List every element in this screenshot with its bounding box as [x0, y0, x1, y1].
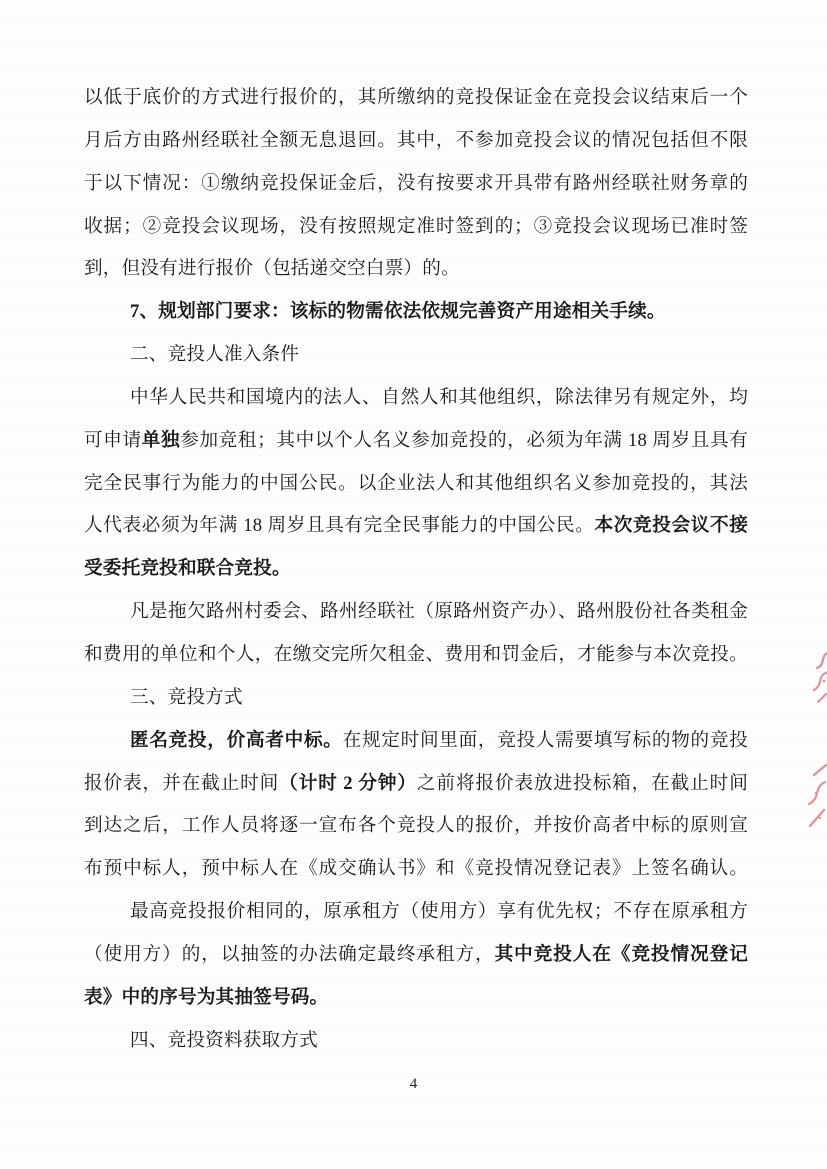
text-run: 到达之后，工作人员将逐一宣布各个竞投人的报价，并按价高者中标的原则宣: [84, 815, 748, 836]
text-run-bold: 单独: [142, 430, 180, 451]
text-run: 完全民事行为能力的中国公民。以企业法人和其他组织名义参加竞投的，其法: [84, 473, 748, 494]
text-run-bold: 表》中的序号为其抽签号码。: [84, 987, 328, 1008]
text-run-bold: 其中竞投人在《竞投情况登记: [495, 944, 748, 965]
body-line: 到达之后，工作人员将逐一宣布各个竞投人的报价，并按价高者中标的原则宣: [84, 805, 748, 848]
red-stamp-fragment-upper: [806, 650, 827, 708]
body-line: 凡是拖欠路州村委会、路州经联社（原路州资产办）、路州股份社各类租金: [84, 591, 748, 634]
text-run: 三、竞投方式: [130, 687, 243, 708]
text-run: （使用方）的，以抽签的办法确定最终承租方，: [84, 944, 495, 965]
text-run: 凡是拖欠路州村委会、路州经联社（原路州资产办）、路州股份社各类租金: [130, 601, 748, 622]
page-number: 4: [0, 1074, 827, 1094]
body-line: 表》中的序号为其抽签号码。: [84, 977, 748, 1020]
text-run: 到，但没有进行报价（包括递交空白票）的。: [84, 258, 460, 279]
section-2-heading: 二、竞投人准入条件: [84, 334, 748, 377]
body-line: 可申请单独参加竞租；其中以个人名义参加竞投的，必须为年满 18 周岁且具有: [84, 420, 748, 463]
body-line: 报价表，并在截止时间（计时 2 分钟）之前将报价表放进投标箱，在截止时间: [84, 763, 748, 806]
text-run: 布预中标人，预中标人在《成交确认书》和《竞投情况登记表》上签名确认。: [84, 858, 748, 879]
text-run-bold: 匿名竞投，价高者中标。: [130, 730, 343, 751]
text-run: 中华人民共和国境内的法人、自然人和其他组织，除法律另有规定外，均: [130, 387, 748, 408]
body-line: 布预中标人，预中标人在《成交确认书》和《竞投情况登记表》上签名确认。: [84, 848, 748, 891]
document-body: 以低于底价的方式进行报价的，其所缴纳的竞投保证金在竞投会议结束后一个 月后方由路…: [84, 77, 748, 1062]
section-4-heading: 四、竞投资料获取方式: [84, 1020, 748, 1063]
body-line: 人代表必须为年满 18 周岁且具有完全民事能力的中国公民。本次竞投会议不接: [84, 505, 748, 548]
text-run: 在规定时间里面，竞投人需要填写标的物的竞投: [343, 730, 748, 751]
body-line: 受委托竞投和联合竞投。: [84, 548, 748, 591]
body-line: 完全民事行为能力的中国公民。以企业法人和其他组织名义参加竞投的，其法: [84, 463, 748, 506]
text-run: 月后方由路州经联社全额无息退回。其中，不参加竞投会议的情况包括但不限: [84, 130, 748, 151]
text-run: 四、竞投资料获取方式: [130, 1030, 318, 1051]
document-page: 以低于底价的方式进行报价的，其所缴纳的竞投保证金在竞投会议结束后一个 月后方由路…: [0, 0, 827, 1169]
body-line: 于以下情况：①缴纳竞投保证金后，没有按要求开具带有路州经联社财务章的: [84, 163, 748, 206]
text-run: 参加竞租；其中以个人名义参加竞投的，必须为年满 18 周岁且具有: [180, 430, 748, 451]
clause-7-planning-requirement: 7、规划部门要求：该标的物需依法依规完善资产用途相关手续。: [84, 291, 748, 334]
body-line: 到，但没有进行报价（包括递交空白票）的。: [84, 248, 748, 291]
text-run: 二、竞投人准入条件: [130, 344, 299, 365]
body-line: 月后方由路州经联社全额无息退回。其中，不参加竞投会议的情况包括但不限: [84, 120, 748, 163]
text-run: 可申请: [84, 430, 142, 451]
body-line: 匿名竞投，价高者中标。在规定时间里面，竞投人需要填写标的物的竞投: [84, 720, 748, 763]
body-line: 中华人民共和国境内的法人、自然人和其他组织，除法律另有规定外，均: [84, 377, 748, 420]
body-line: （使用方）的，以抽签的办法确定最终承租方，其中竞投人在《竞投情况登记: [84, 934, 748, 977]
red-stamp-fragment-lower: [800, 760, 827, 834]
body-line: 最高竞投报价相同的，原承租方（使用方）享有优先权；不存在原承租方: [84, 891, 748, 934]
text-run: 报价表，并在截止时间: [84, 773, 279, 794]
text-run: 于以下情况：①缴纳竞投保证金后，没有按要求开具带有路州经联社财务章的: [84, 173, 748, 194]
text-run: 以低于底价的方式进行报价的，其所缴纳的竞投保证金在竞投会议结束后一个: [84, 87, 748, 108]
section-3-heading: 三、竞投方式: [84, 677, 748, 720]
text-run: 最高竞投报价相同的，原承租方（使用方）享有优先权；不存在原承租方: [130, 901, 748, 922]
text-run: 人代表必须为年满 18 周岁且具有完全民事能力的中国公民。: [84, 515, 595, 536]
text-run: 之前将报价表放进投标箱，在截止时间: [417, 773, 748, 794]
text-run: 收据；②竞投会议现场，没有按照规定准时签到的；③竞投会议现场已准时签: [84, 216, 748, 237]
text-run-bold: 受委托竞投和联合竞投。: [84, 558, 291, 579]
text-run-bold: 7、规划部门要求：该标的物需依法依规完善资产用途相关手续。: [130, 301, 666, 322]
text-run-bold: 本次竞投会议不接: [595, 515, 748, 536]
text-run: 和费用的单位和个人，在缴交完所欠租金、费用和罚金后，才能参与本次竞投。: [84, 644, 748, 665]
body-line: 收据；②竞投会议现场，没有按照规定准时签到的；③竞投会议现场已准时签: [84, 206, 748, 249]
body-line: 和费用的单位和个人，在缴交完所欠租金、费用和罚金后，才能参与本次竞投。: [84, 634, 748, 677]
body-line: 以低于底价的方式进行报价的，其所缴纳的竞投保证金在竞投会议结束后一个: [84, 77, 748, 120]
text-run-bold: （计时 2 分钟）: [279, 773, 417, 794]
